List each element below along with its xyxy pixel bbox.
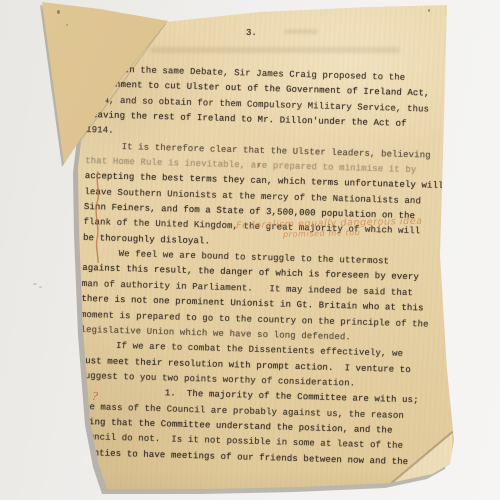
typed-line: It is therefore clear that the Ulster le… <box>85 139 445 164</box>
typed-line: moment is prepared to go to the country … <box>81 307 441 332</box>
typed-line: flank of the United Kingdom, the great m… <box>83 215 443 240</box>
typed-line: accepting the best terms they can, which… <box>85 169 445 194</box>
typed-line: suggest to you two points worthy of cons… <box>79 369 439 394</box>
typed-line: Council do not. Is it not possible in so… <box>77 430 437 455</box>
typed-line: In the same Debate, Sir James Craig prop… <box>88 62 448 87</box>
faded-ink-smudge <box>284 29 318 34</box>
typed-line: be thoroughly disloyal. <box>83 231 443 256</box>
typed-line: man of authority in Parliament. It may i… <box>82 277 442 302</box>
typed-line: Sinn Feiners, and fom a State of 3,500,0… <box>84 200 444 225</box>
faded-ink-smudge <box>150 47 400 53</box>
background-speck <box>39 286 42 288</box>
handwritten-note-line1: Federalism equally dangerous idea <box>236 216 423 232</box>
paper-speck <box>66 24 68 26</box>
typed-line: there is not one prominent Unionist in G… <box>81 292 441 317</box>
typed-line: We feel we are bound to struggle to the … <box>82 246 442 271</box>
page-number: 3. <box>246 28 257 38</box>
typed-line: being that the Committee understand the … <box>78 415 438 440</box>
handwritten-note-line2: promised me too <box>283 228 360 239</box>
margin-question-mark: ? <box>91 390 98 404</box>
typed-text-block: In the same Debate, Sir James Craig prop… <box>77 62 448 471</box>
margin-pen-stroke-icon <box>93 171 105 263</box>
typed-line: counties to have meetings of our friends… <box>77 445 437 470</box>
red-ink-speck <box>444 299 447 302</box>
typed-line: 1914. <box>86 123 446 148</box>
typed-line: If we are to combat the Dissentients eff… <box>80 338 440 363</box>
typed-line: against this result, the danger of which… <box>82 261 442 286</box>
bottom-corner-crease-line <box>390 431 453 484</box>
typed-line: the mass of the Council are probably aga… <box>78 399 438 424</box>
typed-line: that Home Rule is inevitable, are prepar… <box>85 154 445 179</box>
typed-line: 1. The majority of the Committee are wit… <box>79 384 439 409</box>
paper-speck <box>428 9 430 12</box>
background-speck <box>33 283 37 285</box>
typed-line: must meet their resolution with prompt a… <box>79 353 439 378</box>
typed-line: leaving the rest of Ireland to Mr. Dillo… <box>86 108 446 133</box>
typed-line: Government to cut Ulster out of the Gove… <box>87 77 447 102</box>
red-caret-mark-icon <box>258 163 261 167</box>
typed-line: 1914, and so obtain for them Compulsory … <box>87 93 447 118</box>
photo-background: 3. In the same Debate, Sir James Craig p… <box>0 0 500 500</box>
paper-speck <box>194 6 196 8</box>
paper-speck <box>57 10 60 14</box>
typed-line: leave Southern Unionists at the mercy of… <box>84 185 444 210</box>
typed-line: legislative Union which we have so long … <box>80 323 440 348</box>
